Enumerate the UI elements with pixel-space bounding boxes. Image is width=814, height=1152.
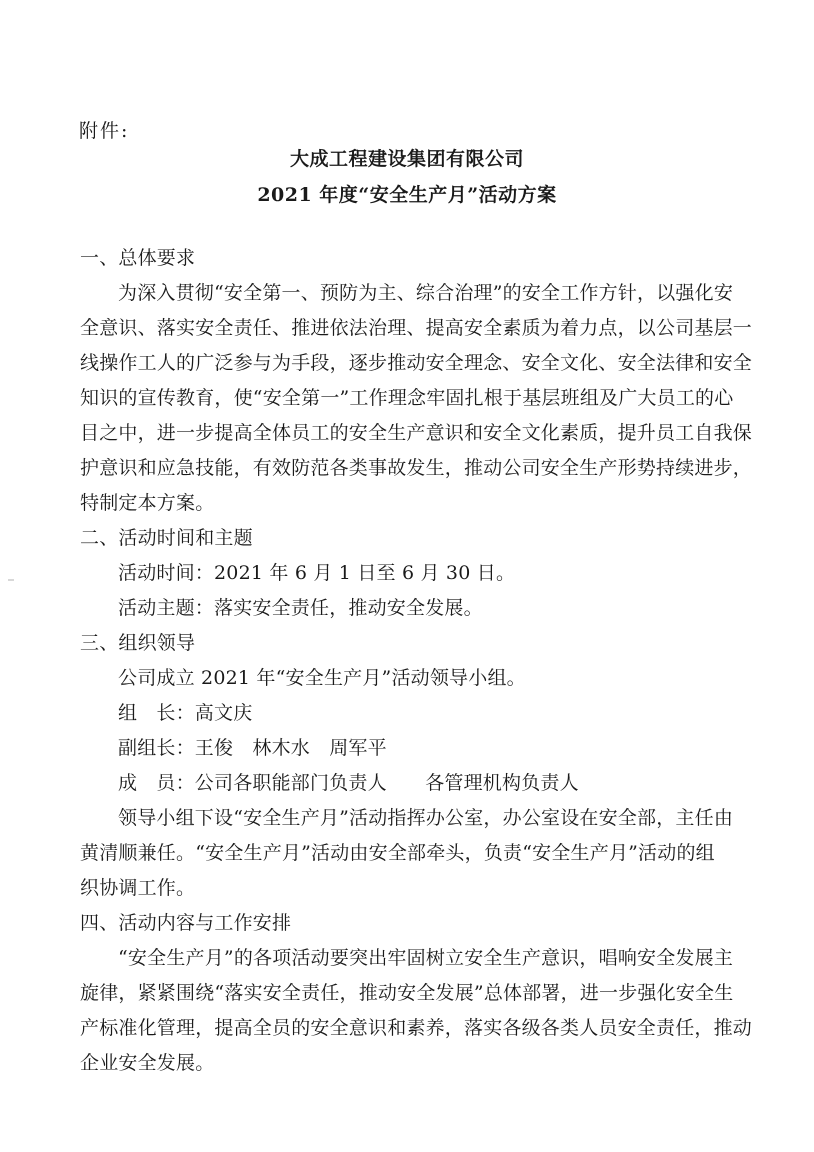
- paragraph-line: “安全生产月”的各项活动要突出牢固树立安全生产意识，唱响安全发展主: [118, 946, 778, 970]
- document-title-company: 大成工程建设集团有限公司: [0, 147, 814, 171]
- paragraph-line: 线操作工人的广泛参与为手段，逐步推动安全理念、安全文化、安全法律和安全: [80, 351, 740, 375]
- paragraph-line: 目之中，进一步提高全体员工的安全生产意识和安全文化素质，提升员工自我保: [80, 421, 740, 445]
- paragraph-line: 领导小组下设“安全生产月”活动指挥办公室，办公室设在安全部，主任由: [118, 806, 778, 830]
- paragraph-line: 知识的宣传教育，使“安全第一”工作理念牢固扎根于基层班组及广大员工的心: [80, 386, 740, 410]
- paragraph-line: 公司成立 2021 年“安全生产月”活动领导小组。: [118, 666, 778, 690]
- paragraph-line: 特制定本方案。: [80, 491, 740, 515]
- paragraph-line: 为深入贯彻“安全第一、预防为主、综合治理”的安全工作方针，以强化安: [118, 281, 778, 305]
- section-heading: 四、活动内容与工作安排: [80, 911, 740, 935]
- paragraph-line: 旋律，紧紧围绕“落实安全责任，推动安全发展”总体部署，进一步强化安全生: [80, 981, 740, 1005]
- paragraph-line: 企业安全发展。: [80, 1051, 740, 1075]
- paragraph-line: 护意识和应急技能，有效防范各类事故发生，推动公司安全生产形势持续进步，: [80, 456, 740, 480]
- section-heading: 一、总体要求: [80, 246, 740, 270]
- attachment-label: 附件:: [79, 116, 129, 143]
- document-title-plan: 2021 年度“安全生产月”活动方案: [0, 183, 814, 207]
- paragraph-line: 织协调工作。: [80, 876, 740, 900]
- document-page: 附件: 大成工程建设集团有限公司 2021 年度“安全生产月”活动方案 一、总体…: [0, 0, 814, 1152]
- section-heading: 三、组织领导: [80, 631, 740, 655]
- paragraph-line: 产标准化管理，提高全员的安全意识和素养，落实各级各类人员安全责任，推动: [80, 1016, 740, 1040]
- deputy-leaders: 副组长：王俊 林木水 周军平: [118, 736, 778, 760]
- activity-theme: 活动主题：落实安全责任，推动安全发展。: [118, 596, 778, 620]
- group-members: 成 员：公司各职能部门负责人 各管理机构负责人: [118, 771, 778, 795]
- paragraph-line: 全意识、落实安全责任、推进依法治理、提高安全素质为着力点，以公司基层一: [80, 316, 740, 340]
- activity-time: 活动时间：2021 年 6 月 1 日至 6 月 30 日。: [118, 561, 778, 585]
- group-leader: 组 长：高文庆: [118, 701, 778, 725]
- section-heading: 二、活动时间和主题: [80, 526, 740, 550]
- scan-artifact: [8, 579, 14, 581]
- paragraph-line: 黄清顺兼任。“安全生产月”活动由安全部牵头，负责“安全生产月”活动的组: [80, 841, 740, 865]
